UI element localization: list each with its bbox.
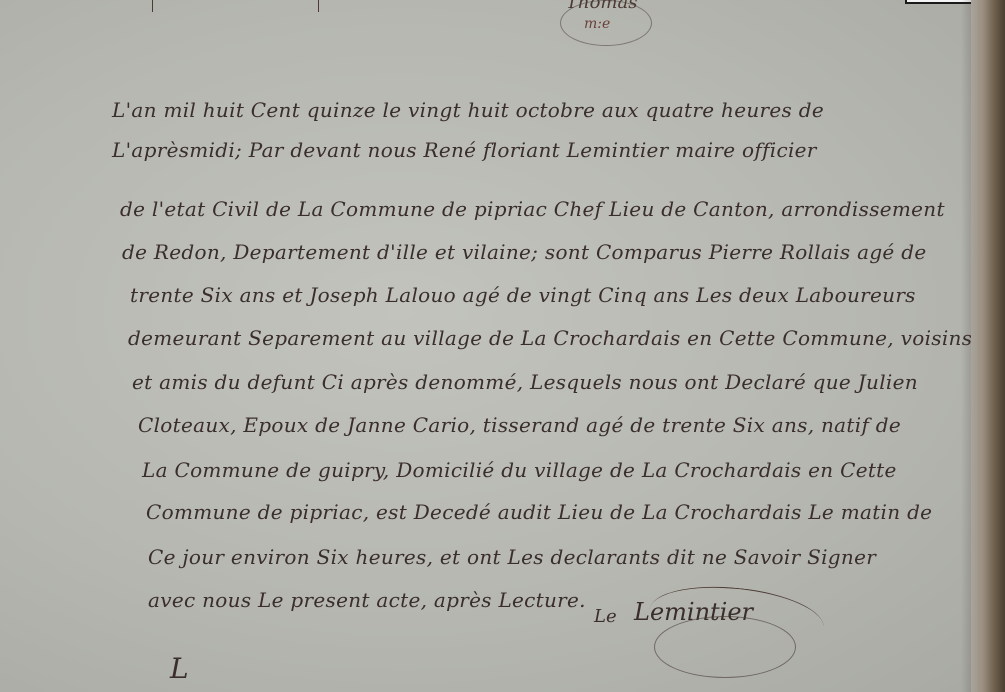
text-line-1: L'an mil huit Cent quinze le vingt huit … [112, 98, 824, 122]
text-line-9: La Commune de guipry, Domicilié du villa… [142, 458, 897, 482]
text-line-10: Commune de pipriac, est Decedé audit Lie… [146, 500, 932, 524]
ink-stroke [318, 0, 319, 12]
mayor-signature: Le Lemintier [594, 588, 824, 678]
signature-name: Lemintier [634, 598, 753, 626]
text-line-7: et amis du defunt Ci après denommé, Lesq… [132, 370, 918, 394]
text-line-3: de l'etat Civil de La Commune de pipriac… [120, 197, 945, 221]
signature-prefix: Le [594, 606, 617, 627]
text-line-8: Cloteaux, Epoux de Janne Cario, tisseran… [138, 413, 901, 437]
text-line-6: demeurant Separement au village de La Cr… [128, 326, 972, 350]
signature-suffix: m:e [584, 16, 610, 32]
book-binding-edge [971, 0, 1005, 692]
signature-name: Thomas [566, 0, 637, 13]
text-line-5: trente Six ans et Joseph Lalouo agé de v… [130, 283, 916, 307]
document-page: Thomas m:e L'an mil huit Cent quinze le … [0, 0, 1005, 692]
text-line-4: de Redon, Departement d'ille et vilaine;… [122, 240, 926, 264]
text-line-2: L'aprèsmidi; Par devant nous René floria… [112, 138, 817, 162]
previous-entry-signature: Thomas m:e [540, 0, 660, 48]
next-entry-initial: L [170, 652, 189, 685]
ink-stroke [152, 0, 153, 12]
text-line-12: avec nous Le present acte, après Lecture… [148, 588, 586, 612]
text-line-11: Ce jour environ Six heures, et ont Les d… [148, 545, 876, 569]
